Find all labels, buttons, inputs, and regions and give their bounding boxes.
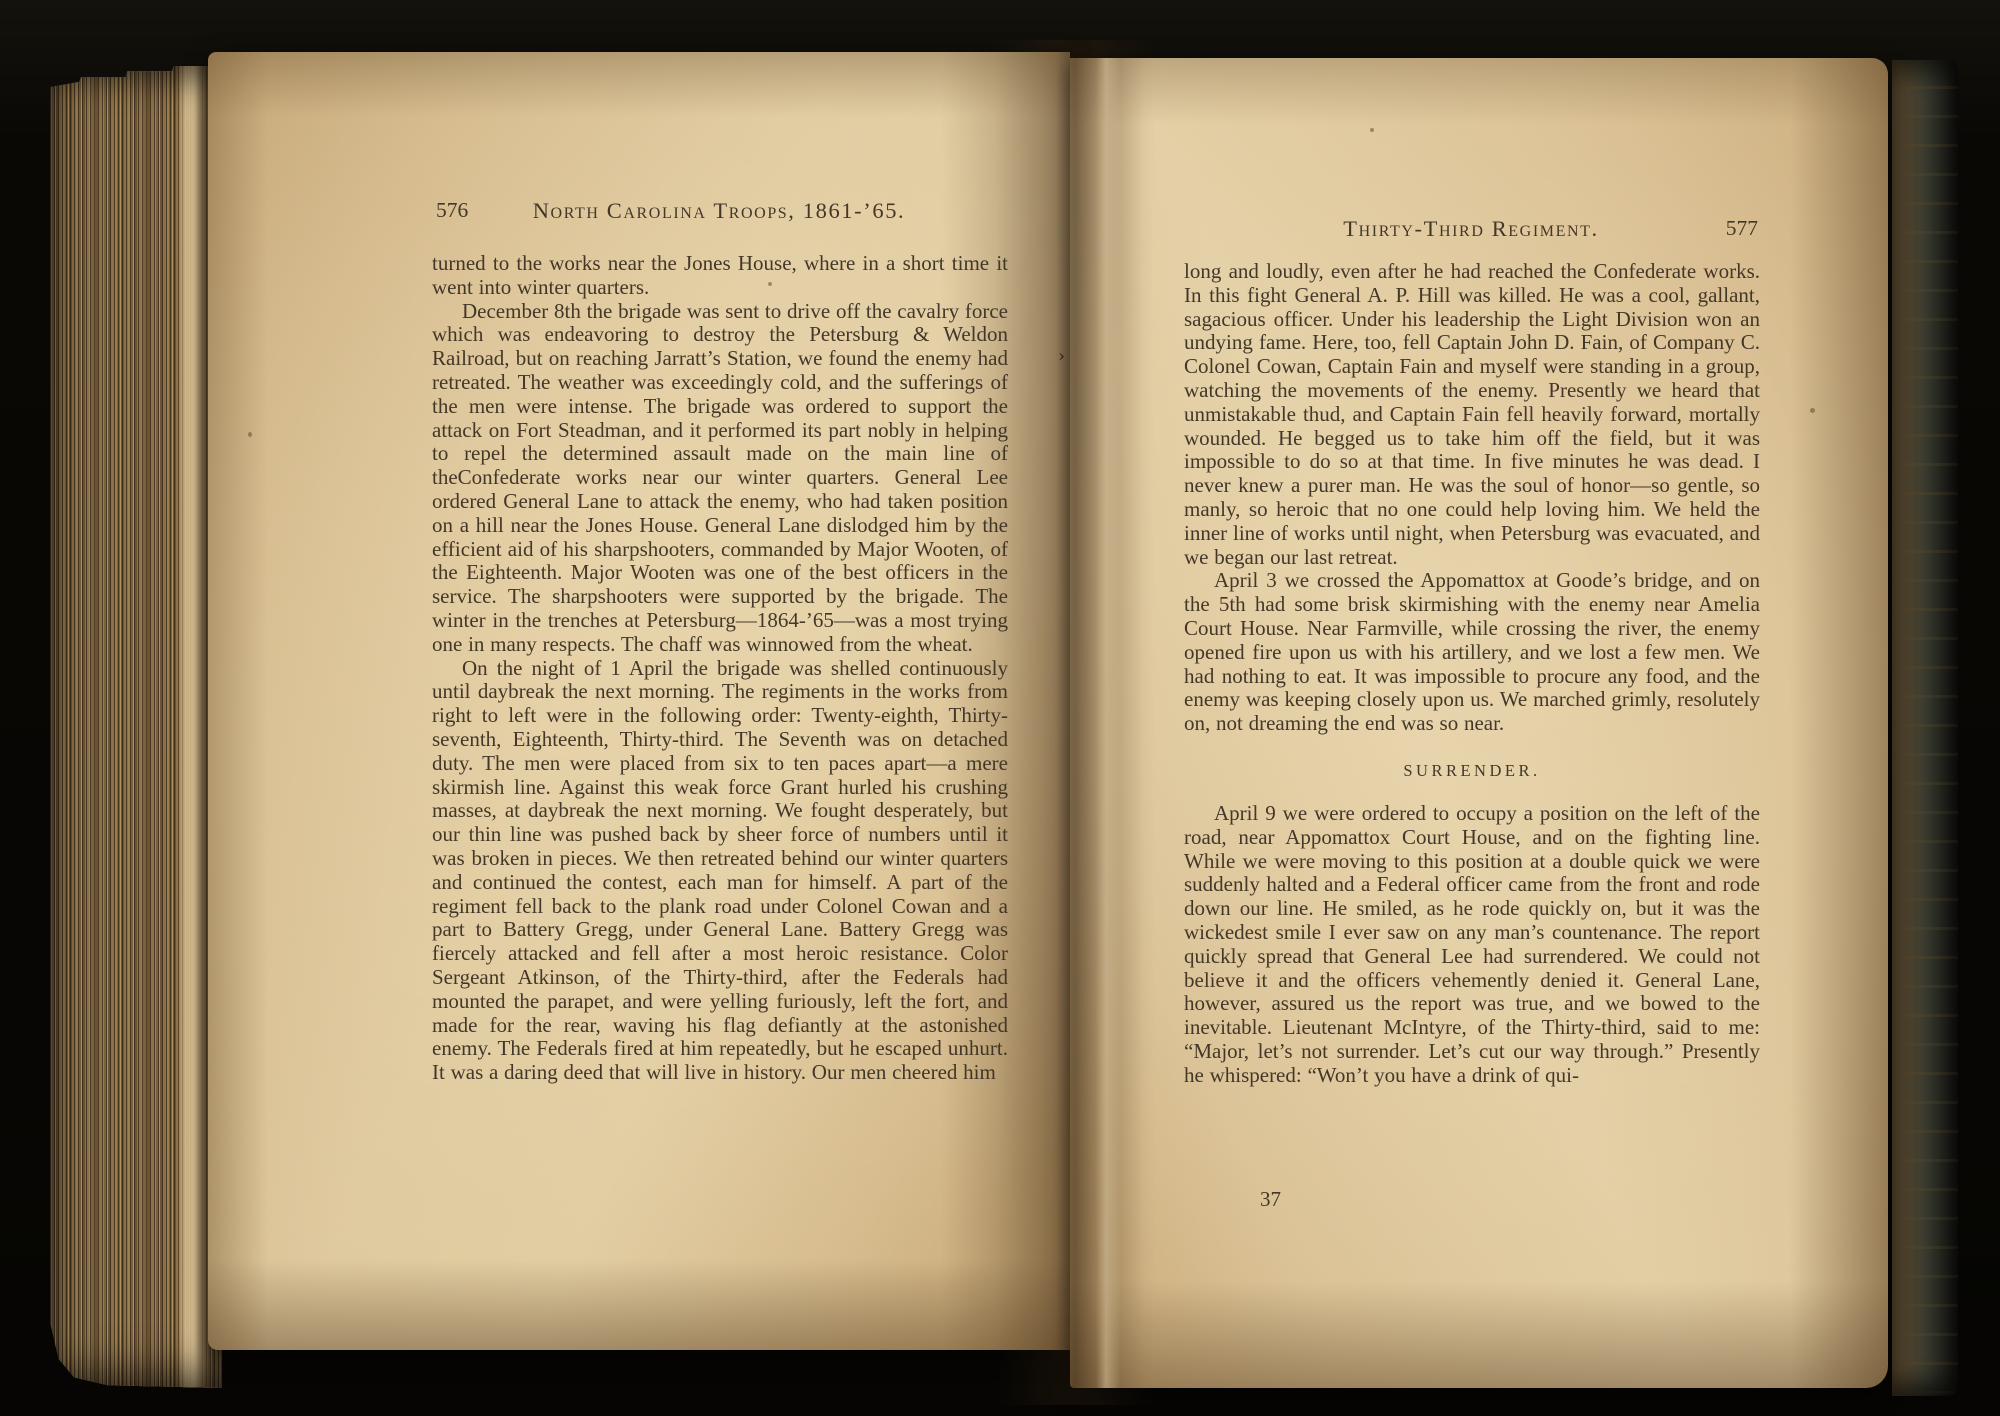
signature-mark: 37 (1260, 1187, 1760, 1212)
paragraph: April 3 we crossed the Appomattox at Goo… (1184, 569, 1760, 736)
paragraph: turned to the works near the Jones House… (432, 252, 1008, 300)
section-heading: SURRENDER. (1184, 761, 1760, 781)
left-running-header: 576 North Carolina Troops, 1861-’65. (432, 198, 1006, 228)
paper-speck (768, 282, 772, 286)
book-cover-edge (1892, 60, 1958, 1396)
signature-block: 37 (1184, 1184, 1760, 1212)
paper-speck (248, 432, 252, 437)
left-page: 576 North Carolina Troops, 1861-’65. tur… (208, 52, 1070, 1350)
paper-speck (1370, 128, 1374, 132)
paragraph: December 8th the brigade was sent to dri… (432, 300, 1008, 657)
book-photo: 576 North Carolina Troops, 1861-’65. tur… (0, 0, 2000, 1416)
right-page-number: 577 (1726, 216, 1758, 241)
paper-speck (1810, 408, 1815, 413)
left-page-number: 576 (436, 198, 468, 223)
gutter-mark: › (1058, 345, 1065, 366)
paragraph: long and loudly, even after he had reach… (1184, 260, 1760, 569)
page-edge-stack (50, 66, 222, 1388)
paragraph: April 9 we were ordered to occupy a posi… (1184, 802, 1760, 1088)
right-page: Thirty-Third Regiment. 577 long and loud… (1070, 58, 1888, 1388)
right-header-title: Thirty-Third Regiment. (1184, 216, 1758, 242)
paragraph: On the night of 1 April the brigade was … (432, 657, 1008, 1085)
right-text-block: long and loudly, even after he had reach… (1184, 260, 1760, 1088)
left-header-title: North Carolina Troops, 1861-’65. (432, 198, 1006, 224)
left-text-block: turned to the works near the Jones House… (432, 252, 1008, 1085)
right-running-header: Thirty-Third Regiment. 577 (1184, 216, 1758, 246)
